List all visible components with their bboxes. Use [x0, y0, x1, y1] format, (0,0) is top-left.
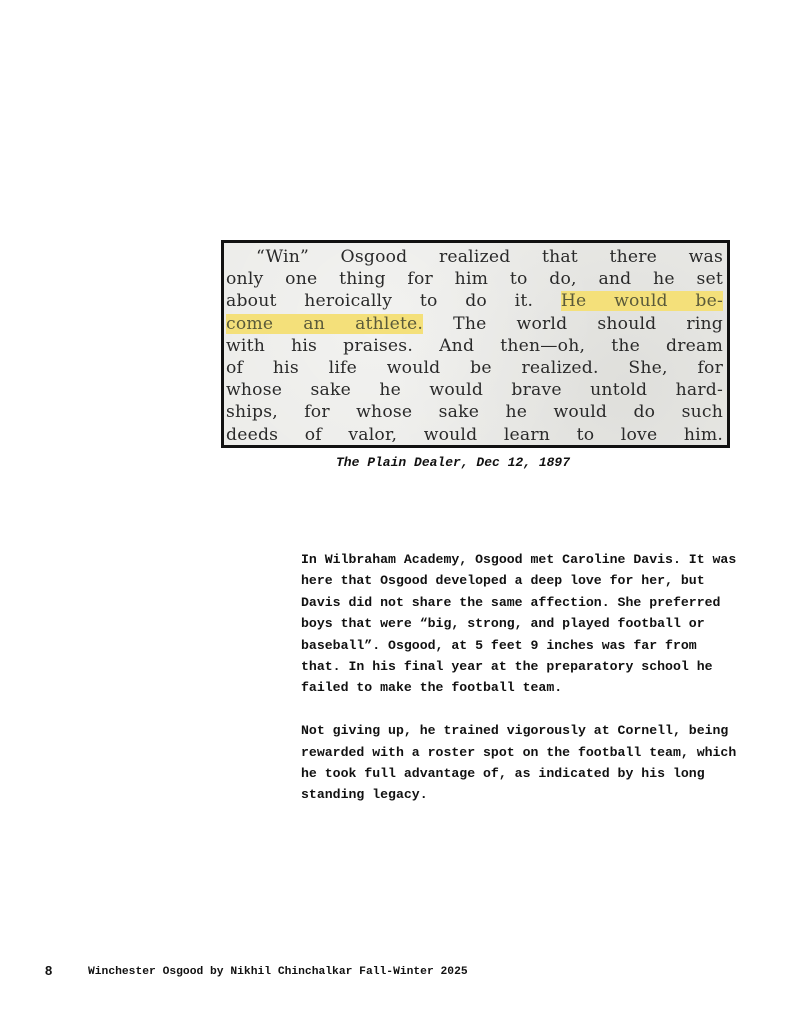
clipping-line: with his praises. And then—oh, the dream — [226, 335, 723, 357]
page-number: 8 — [45, 963, 52, 978]
newspaper-clipping: “Win” Osgood realized that there was onl… — [221, 240, 730, 448]
clipping-line: ships, for whose sake he would do such — [226, 401, 723, 423]
highlighted-text: come an athlete. — [226, 314, 423, 334]
clipping-line-start: about heroically to do it. — [226, 291, 533, 311]
clipping-line: whose sake he would brave untold hard- — [226, 379, 723, 401]
body-text: In Wilbraham Academy, Osgood met Carolin… — [301, 549, 741, 827]
clipping-text: “Win” Osgood realized that there was onl… — [226, 246, 723, 446]
clipping-line: of his life would be realized. She, for — [226, 357, 723, 379]
clipping-line: only one thing for him to do, and he set — [226, 268, 723, 290]
clipping-line-end: The world should ring — [453, 314, 723, 334]
clipping-line: about heroically to do it. He would be- — [226, 290, 723, 312]
clipping-line: come an athlete. The world should ring — [226, 313, 723, 335]
footer-text: Winchester Osgood by Nikhil Chinchalkar … — [88, 966, 468, 978]
paragraph: In Wilbraham Academy, Osgood met Carolin… — [301, 549, 741, 699]
highlighted-text: He would be- — [561, 291, 723, 311]
clipping-caption: The Plain Dealer, Dec 12, 1897 — [336, 455, 570, 470]
clipping-line: deeds of valor, would learn to love him. — [226, 424, 723, 446]
clipping-line: “Win” Osgood realized that there was — [226, 246, 723, 268]
paragraph: Not giving up, he trained vigorously at … — [301, 720, 741, 806]
